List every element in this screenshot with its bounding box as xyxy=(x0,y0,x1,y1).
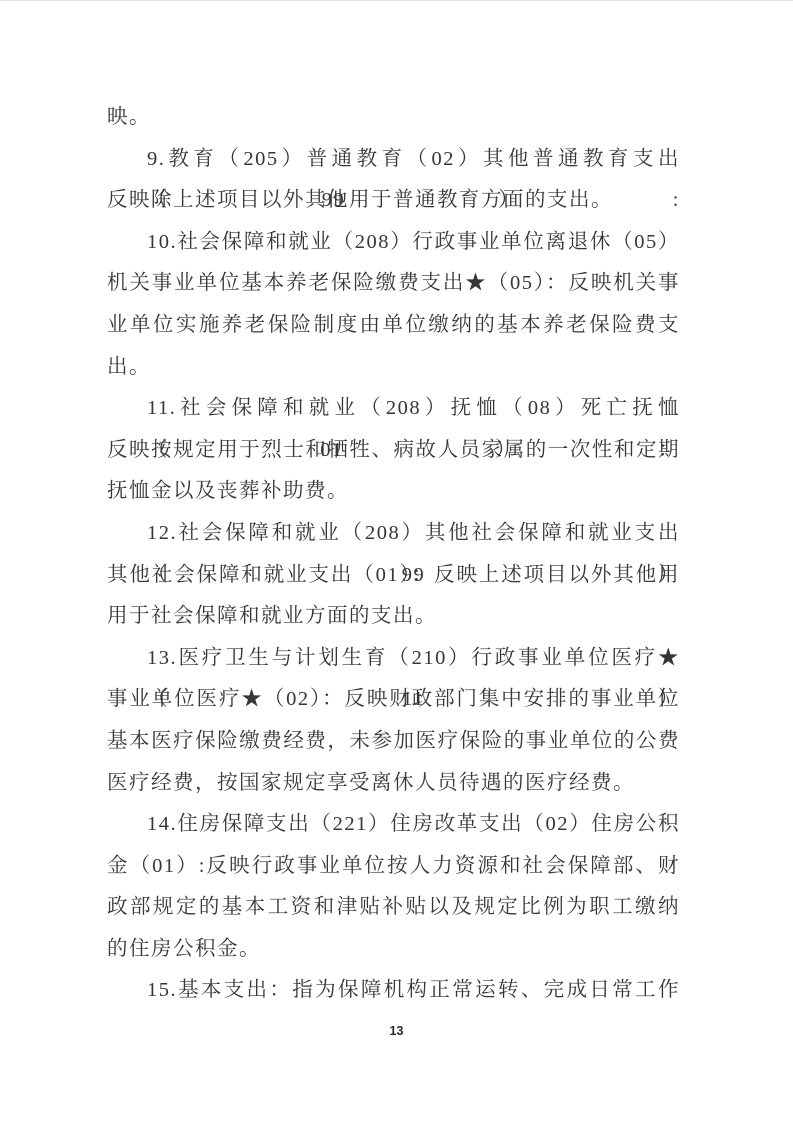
text-line: 用于社会保障和就业方面的支出。 xyxy=(107,596,680,638)
text-line: 的住房公积金。 xyxy=(107,929,680,971)
document-page: 映。9.教育（205）普通教育（02）其他普通教育支出（99）:反映除上述项目以… xyxy=(0,0,793,1122)
text-line: 12.社会保障和就业（208）其他社会保障和就业支出（99） xyxy=(107,513,680,555)
text-line: 15.基本支出：指为保障机构正常运转、完成日常工作 xyxy=(107,970,680,1012)
text-line: 基本医疗保险缴费经费，未参加医疗保险的事业单位的公费 xyxy=(107,721,680,763)
text-line: 金（01）:反映行政事业单位按人力资源和社会保障部、财 xyxy=(107,846,680,888)
text-line: 14.住房保障支出（221）住房改革支出（02）住房公积 xyxy=(107,804,680,846)
text-line: 映。 xyxy=(107,97,680,139)
text-line: 反映除上述项目以外其他用于普通教育方面的支出。 xyxy=(107,180,680,222)
text-line: 其他社会保障和就业支出（01）：反映上述项目以外其他用 xyxy=(107,555,680,597)
text-line: 出。 xyxy=(107,347,680,389)
page-number: 13 xyxy=(0,1022,793,1040)
text-line: 11.社会保障和就业（208）抚恤（08）死亡抚恤（01）： xyxy=(107,388,680,430)
text-line: 反映按规定用于烈士和牺牲、病故人员家属的一次性和定期 xyxy=(107,430,680,472)
text-line: 9.教育（205）普通教育（02）其他普通教育支出（99）: xyxy=(107,139,680,181)
text-line: 机关事业单位基本养老保险缴费支出★（05）：反映机关事 xyxy=(107,263,680,305)
text-line: 业单位实施养老保险制度由单位缴纳的基本养老保险费支 xyxy=(107,305,680,347)
text-line: 政部规定的基本工资和津贴补贴以及规定比例为职工缴纳 xyxy=(107,887,680,929)
text-line: 抚恤金以及丧葬补助费。 xyxy=(107,471,680,513)
text-line: 10.社会保障和就业（208）行政事业单位离退休（05） xyxy=(107,222,680,264)
text-line: 事业单位医疗★（02）：反映财政部门集中安排的事业单位 xyxy=(107,679,680,721)
page-top-edge xyxy=(0,0,793,1)
text-line: 13.医疗卫生与计划生育（210）行政事业单位医疗★（11） xyxy=(107,638,680,680)
document-body: 映。9.教育（205）普通教育（02）其他普通教育支出（99）:反映除上述项目以… xyxy=(107,97,680,1012)
text-line: 医疗经费，按国家规定享受离休人员待遇的医疗经费。 xyxy=(107,763,680,805)
